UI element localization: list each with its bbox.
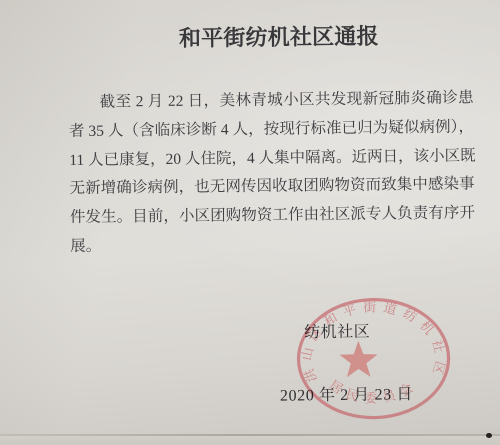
- notice-body-line: 无新增确诊病例，也无网传因收取团购物资而致集中感染事: [69, 171, 474, 204]
- official-seal: 洪山区和平街道纺机社区 居民委员会: [291, 292, 463, 430]
- svg-text:居民委员会: 居民委员会: [326, 376, 421, 406]
- notice-body-line: 截至 2 月 22 日，美林青城小区共发现新冠肺炎确诊患: [68, 84, 473, 117]
- notice-body-line: 11 人已康复，20 人住院，4 人集中隔离。近两日，该小区既: [69, 142, 474, 175]
- notice-body-line: 展。: [70, 228, 475, 261]
- notice-title-text: 和平街纺机社区通报: [179, 24, 379, 51]
- notice-body-line: 件发生。目前，小区团购物资工作由社区派专人负责有序开: [70, 200, 475, 233]
- seal-top-arc-text: 洪山区和平街道纺机社区: [298, 299, 449, 384]
- paper: 和平街纺机社区通报 截至 2 月 22 日，美林青城小区共发现新冠肺炎确诊患 者…: [0, 0, 500, 445]
- notice-title: 和平街纺机社区通报: [179, 20, 379, 53]
- seal-bottom-arc-text: 居民委员会: [326, 376, 421, 406]
- photo-artifact-dot: [486, 433, 492, 438]
- notice-body-line: 者 35 人（含临床诊断 4 人，按现行标准已归为疑似病例），: [69, 113, 474, 146]
- svg-text:洪山区和平街道纺机社区: 洪山区和平街道纺机社区: [298, 299, 449, 384]
- document-photo: 和平街纺机社区通报 截至 2 月 22 日，美林青城小区共发现新冠肺炎确诊患 者…: [0, 0, 500, 445]
- photo-bottom-strip: [0, 436, 500, 445]
- star-icon: [339, 341, 377, 378]
- notice-body: 截至 2 月 22 日，美林青城小区共发现新冠肺炎确诊患 者 35 人（含临床诊…: [68, 84, 475, 261]
